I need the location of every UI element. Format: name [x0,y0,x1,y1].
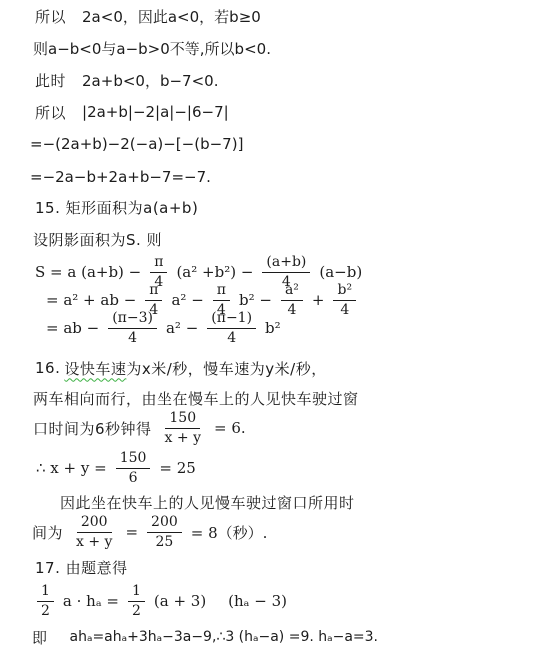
fraction-pi-minus-1-over-4: (π−1) 4 [207,310,256,345]
line-14-abs-expression: 所以 |2a+b|−2|a|−|6−7| [35,102,229,122]
line-16-conclusion-text: 因此坐在快车上的人见慢车驶过窗口所用时 [60,492,355,512]
text-suoyi: 所以 [35,102,66,123]
line-15-heading: 15. 矩形面积为a(a+b) [35,197,198,217]
line-17-equation: 1 2 a · hₐ = 1 2 (a + 3) (hₐ − 3) [32,580,287,622]
eq1-mid: (a² +b²) − [176,263,253,281]
problem-15-title: 15. 矩形面积为a(a+b) [35,197,198,218]
line-17-heading: 17. 由题意得 [35,556,128,578]
equals-6: = 6. [214,419,246,437]
problem-16-number: 16. [35,359,60,377]
problem-17-title: 17. 由题意得 [35,557,128,578]
formula-ha-minus-a-equals-3: ahₐ=ahₐ+3hₐ−3a−9,∴3 (hₐ−a) =9. hₐ−a=3. [70,629,379,645]
line-14-conclusion-1: 所以 2a<0，因此a<0，若b≥0 [35,6,261,26]
line-16-equation-2: ∴ x + y = 150 6 = 25 [36,448,196,488]
eq2-mid-1: a² − [171,291,203,309]
eq2-mid-2: b² − [239,291,272,309]
fraction-1-over-2: 1 2 [128,583,145,618]
formula-expanded: =−(2a+b)−2(−a)−[−(b−7)] [30,135,243,153]
text-ji: 即 [32,627,48,648]
formula-2a-negative: 2a<0，因此a<0，若b≥0 [82,6,261,27]
formula-result-minus7: =−2a−b+2a+b−7=−7. [30,168,211,186]
fraction-b-squared-over-4: b² 4 [333,282,356,317]
eq3-lhs: = ab − [46,319,99,337]
line-16-final-equation: 间为 200 x + y = 200 25 = 8（秒）. [32,512,267,552]
text-window-time: 口时间为6秒钟得 [33,418,152,439]
fraction-150-over-6: 150 6 [116,450,151,485]
fraction-pi-minus-3-over-4: (π−3) 4 [108,310,157,345]
fraction-150-over-x-plus-y: 150 x + y [161,410,205,445]
formula-2a-plus-b: 2a+b<0，b−7<0. [82,70,218,91]
therefore-x-plus-y: ∴ x + y = [36,459,107,477]
document-page: { "page": { "background": "#ffffff", "te… [0,0,555,652]
formula-b-negative: 则a−b<0与a−b>0不等,所以b<0. [33,38,271,59]
text-cishi: 此时 [35,70,66,91]
line-16-description: 两车相向而行，由坐在慢车上的人见快车驶过窗 [33,388,359,408]
text-speed-setup-underlined: 设快车速 [64,358,126,379]
eq1-lhs: S = a (a+b) − [35,263,141,281]
ha-minus-3-group: (hₐ − 3) [228,592,287,610]
line-14-result: =−2a−b+2a+b−7=−7. [30,167,211,187]
text-shaded-area: 设阴影面积为S. 则 [33,229,162,250]
formula-abs-values: |2a+b|−2|a|−|6−7| [82,103,229,121]
equals-sign: = [125,523,138,541]
line-14-conclusion-3: 此时 2a+b<0，b−7<0. [35,70,218,90]
text-fast-train-observer: 因此坐在快车上的人见慢车驶过窗口所用时 [60,492,355,513]
eq3-mid: a² − [166,319,198,337]
line-15-setup: 设阴影面积为S. 则 [33,229,162,249]
line-16-heading: 16. 设快车速 为x米/秒，慢车速为y米/秒， [35,357,327,379]
eq2-plus: + [312,291,325,309]
fraction-200-over-x-plus-y: 200 x + y [72,514,116,549]
text-jianwei: 间为 [32,522,63,543]
text-trains-approach: 两车相向而行，由坐在慢车上的人见快车驶过窗 [33,388,359,409]
line-14-conclusion-2: 则a−b<0与a−b>0不等,所以b<0. [33,38,271,58]
line-15-equation-3: = ab − (π−3) 4 a² − (π−1) 4 b² [46,309,285,347]
eq1-tail: (a−b) [319,263,362,281]
equals-25: = 25 [159,459,195,477]
fraction-1-over-2: 1 2 [37,583,54,618]
line-16-equation-1: 口时间为6秒钟得 150 x + y = 6. [33,408,246,448]
eq2-lhs: = a² + ab − [46,291,136,309]
text-speed-setup-rest: 为x米/秒，慢车速为y米/秒， [126,358,326,379]
a-plus-3-group: (a + 3) [154,592,206,610]
a-dot-ha-equals: a · hₐ = [63,592,119,610]
text-suoyi: 所以 [35,6,66,27]
fraction-200-over-25: 200 25 [147,514,182,549]
equals-8-seconds: = 8（秒）. [191,522,268,543]
line-17-result: 即 ahₐ=ahₐ+3hₐ−3a−9,∴3 (hₐ−a) =9. hₐ−a=3. [32,626,378,648]
eq3-tail: b² [265,319,281,337]
line-14-expansion: =−(2a+b)−2(−a)−[−(b−7)] [30,134,243,154]
